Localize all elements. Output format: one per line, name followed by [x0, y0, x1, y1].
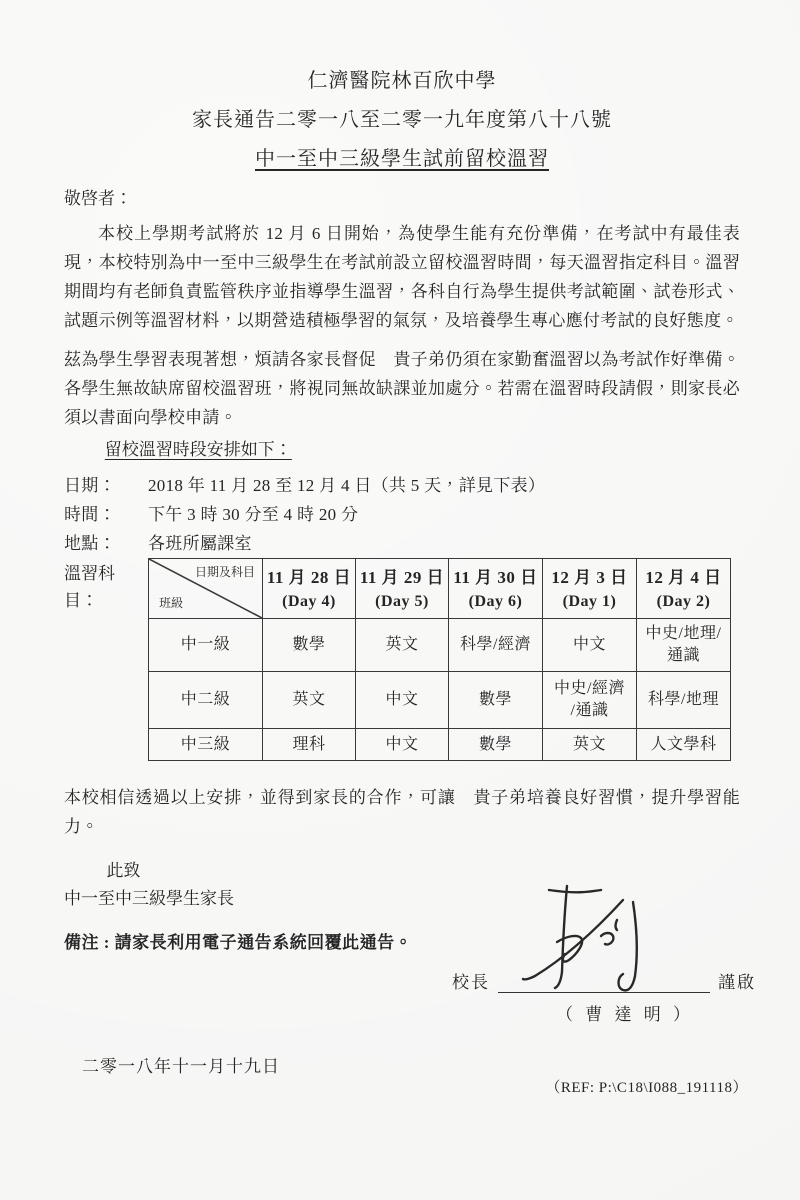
subject-cell: 中文 — [543, 619, 637, 672]
subject-cell: 英文 — [263, 672, 356, 729]
paragraph-exam-arrangement: 本校上學期考試將於 12 月 6 日開始，為使學生能有充份準備，在考試中有最佳表… — [64, 219, 740, 335]
corner-label-date-subject: 日期及科目 — [195, 564, 255, 580]
subject-cell: 人文學科 — [637, 729, 731, 761]
notice-subject: 中一至中三級學生試前留校溫習 — [64, 140, 740, 179]
signature-line — [498, 970, 710, 993]
notice-date: 二零一八年十一月十九日 — [82, 1052, 280, 1077]
school-name: 仁濟醫院林百欣中學 — [64, 62, 740, 101]
detail-time-row: 時間： 下午 3 時 30 分至 4 時 20 分 — [64, 500, 740, 529]
detail-venue-label: 地點： — [64, 529, 136, 558]
subject-cell: 英文 — [356, 619, 449, 672]
header-cell-day5: 11 月 29 日 (Day 5) — [356, 559, 449, 619]
notice-number: 家長通告二零一八至二零一九年度第八十八號 — [64, 101, 740, 140]
paragraph-closing: 本校相信透過以上安排，並得到家長的合作，可讓 貴子弟培養良好習慣，提升學習能力。 — [64, 783, 740, 841]
grade-cell: 中一級 — [149, 619, 263, 672]
header-cell-day2: 12 月 4 日 (Day 2) — [637, 559, 731, 619]
table-corner-cell: 日期及科目 班級 — [149, 559, 263, 619]
header-cell-day6: 11 月 30 日 (Day 6) — [449, 559, 543, 619]
header-cell-day1: 12 月 3 日 (Day 1) — [543, 559, 637, 619]
detail-date-row: 日期： 2018 年 11 月 28 至 12 月 4 日（共 5 天，詳見下表… — [64, 471, 740, 500]
scanned-notice-page: 仁濟醫院林百欣中學 家長通告二零一八至二零一九年度第八十八號 中一至中三級學生試… — [0, 0, 800, 1200]
subjects-label: 溫習科目： — [64, 560, 136, 614]
subject-cell: 中史/經濟 /通識 — [543, 672, 637, 729]
subject-cell: 數學 — [449, 672, 543, 729]
subject-cell: 中史/地理/ 通識 — [637, 619, 731, 672]
table-header-row: 日期及科目 班級 11 月 28 日 (Day 4) 11 月 29 日 (Da… — [149, 559, 731, 619]
subject-cell: 數學 — [449, 729, 543, 761]
subject-cell: 中文 — [356, 672, 449, 729]
signature-suffix: 謹啟 — [718, 968, 756, 993]
corner-label-class: 班級 — [159, 595, 183, 611]
grade-cell: 中三級 — [149, 729, 263, 761]
detail-date-value: 2018 年 11 月 28 至 12 月 4 日（共 5 天，詳見下表） — [136, 471, 545, 500]
detail-date-label: 日期： — [64, 471, 136, 500]
subject-cell: 理科 — [263, 729, 356, 761]
notice-header: 仁濟醫院林百欣中學 家長通告二零一八至二零一九年度第八十八號 中一至中三級學生試… — [64, 62, 740, 179]
signature-role: 校長 — [452, 968, 490, 993]
table-row-form1: 中一級 數學 英文 科學/經濟 中文 中史/地理/ 通識 — [149, 619, 731, 672]
grade-cell: 中二級 — [149, 672, 263, 729]
schedule-details: 日期： 2018 年 11 月 28 至 12 月 4 日（共 5 天，詳見下表… — [64, 471, 740, 558]
subject-cell: 中文 — [356, 729, 449, 761]
revision-schedule-table: 日期及科目 班級 11 月 28 日 (Day 4) 11 月 29 日 (Da… — [148, 558, 731, 761]
table-row-form2: 中二級 英文 中文 數學 中史/經濟 /通識 科學/地理 — [149, 672, 731, 729]
detail-time-value: 下午 3 時 30 分至 4 時 20 分 — [136, 500, 358, 529]
detail-venue-value: 各班所屬課室 — [136, 529, 252, 558]
detail-time-label: 時間： — [64, 500, 136, 529]
subject-cell: 科學/地理 — [637, 672, 731, 729]
reference-number: （REF: P:\C18\I088_191118） — [545, 1076, 748, 1097]
detail-venue-row: 地點： 各班所屬課室 — [64, 529, 740, 558]
subject-cell: 英文 — [543, 729, 637, 761]
principal-name: （ 曹 達 明 ） — [520, 1000, 730, 1025]
header-cell-day4: 11 月 28 日 (Day 4) — [263, 559, 356, 619]
subjects-section: 溫習科目： 日期及科目 班級 11 月 28 日 (Day 4) — [64, 558, 740, 761]
signature-row: 校長 謹啟 — [452, 968, 756, 993]
subject-cell: 數學 — [263, 619, 356, 672]
schedule-heading: 留校溫習時段安排如下： — [64, 436, 740, 464]
salutation: 敬啓者： — [64, 185, 740, 213]
subject-cell: 科學/經濟 — [449, 619, 543, 672]
table-row-form3: 中三級 理科 中文 數學 英文 人文學科 — [149, 729, 731, 761]
paragraph-parent-reminder: 茲為學生學習表現著想，煩請各家長督促 貴子弟仍須在家勤奮溫習以為考試作好準備。各… — [64, 345, 740, 432]
